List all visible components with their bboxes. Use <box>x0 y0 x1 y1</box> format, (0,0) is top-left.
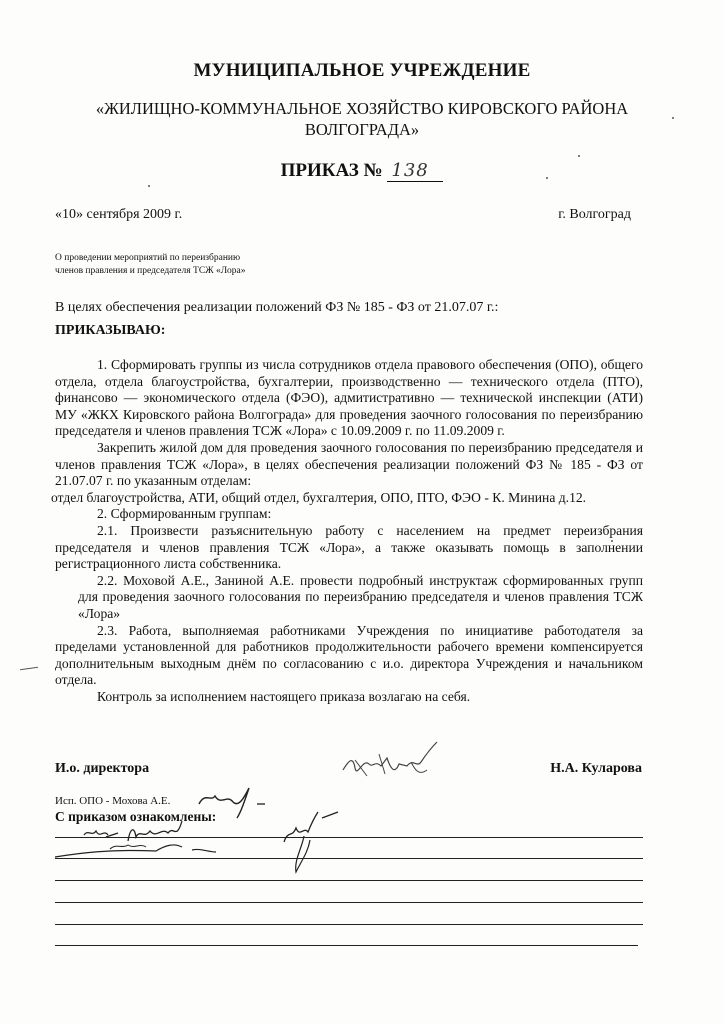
organization-name-line1: «ЖИЛИЩНО-КОММУНАЛЬНОЕ ХОЗЯЙСТВО КИРОВСКО… <box>0 98 724 119</box>
orders-heading: ПРИКАЗЫВАЮ: <box>55 323 165 339</box>
organization-name: «ЖИЛИЩНО-КОММУНАЛЬНОЕ ХОЗЯЙСТВО КИРОВСКО… <box>0 98 724 140</box>
paragraph-2: 2. Сформированным группам: <box>55 506 643 523</box>
signature-line-6 <box>55 945 638 946</box>
paragraph-2-2: 2.2. Моховой А.Е., Заниной А.Е. провести… <box>55 573 643 623</box>
order-date: «10» сентября 2009 г. <box>55 207 182 223</box>
executor-note: Исп. ОПО - Мохова А.Е. <box>55 795 170 807</box>
scan-speck <box>148 185 150 187</box>
acknowledgement-signature-2 <box>280 808 360 883</box>
director-signature <box>335 740 445 795</box>
organization-name-line2: ВОЛГОГРАДА» <box>0 119 724 140</box>
scan-speck <box>672 117 674 119</box>
institution-heading: МУНИЦИПАЛЬНОЕ УЧРЕЖДЕНИЕ <box>0 60 724 82</box>
signature-line-4 <box>55 902 643 903</box>
order-title: ПРИКАЗ № 138 <box>0 160 724 182</box>
paragraph-1: 1. Сформировать группы из числа сотрудни… <box>55 357 643 440</box>
scan-speck <box>546 177 548 179</box>
paragraph-2-1: 2.1. Произвести разъяснительную работу с… <box>55 523 643 573</box>
paragraph-2-3: 2.3. Работа, выполняемая работниками Учр… <box>55 623 643 689</box>
paragraph-control: Контроль за исполнением настоящего прика… <box>55 689 643 706</box>
signature-line-5 <box>55 924 643 925</box>
order-title-label: ПРИКАЗ № <box>281 160 383 181</box>
preamble: В целях обеспечения реализации положений… <box>55 300 498 316</box>
signatory-name: Н.А. Куларова <box>550 761 642 777</box>
paragraph-1-departments: отдел благоустройства, АТИ, общий отдел,… <box>51 490 643 507</box>
order-body: 1. Сформировать группы из числа сотрудни… <box>55 357 643 705</box>
scan-mark <box>20 667 38 670</box>
order-city: г. Волгоград <box>558 207 631 223</box>
order-subject-line2: членов правления и председателя ТСЖ «Лор… <box>55 265 245 278</box>
order-number-handwritten: 138 <box>387 160 443 182</box>
order-subject: О проведении мероприятий по переизбранию… <box>55 252 245 278</box>
paragraph-1-assign: Закрепить жилой дом для проведения заочн… <box>55 440 643 490</box>
acknowledgement-dash <box>190 843 220 861</box>
scan-speck <box>578 155 580 157</box>
order-subject-line1: О проведении мероприятий по переизбранию <box>55 252 245 265</box>
scan-speck <box>611 540 613 542</box>
signatory-role: И.о. директора <box>55 761 149 777</box>
acknowledgement-signature-1 <box>70 815 200 870</box>
